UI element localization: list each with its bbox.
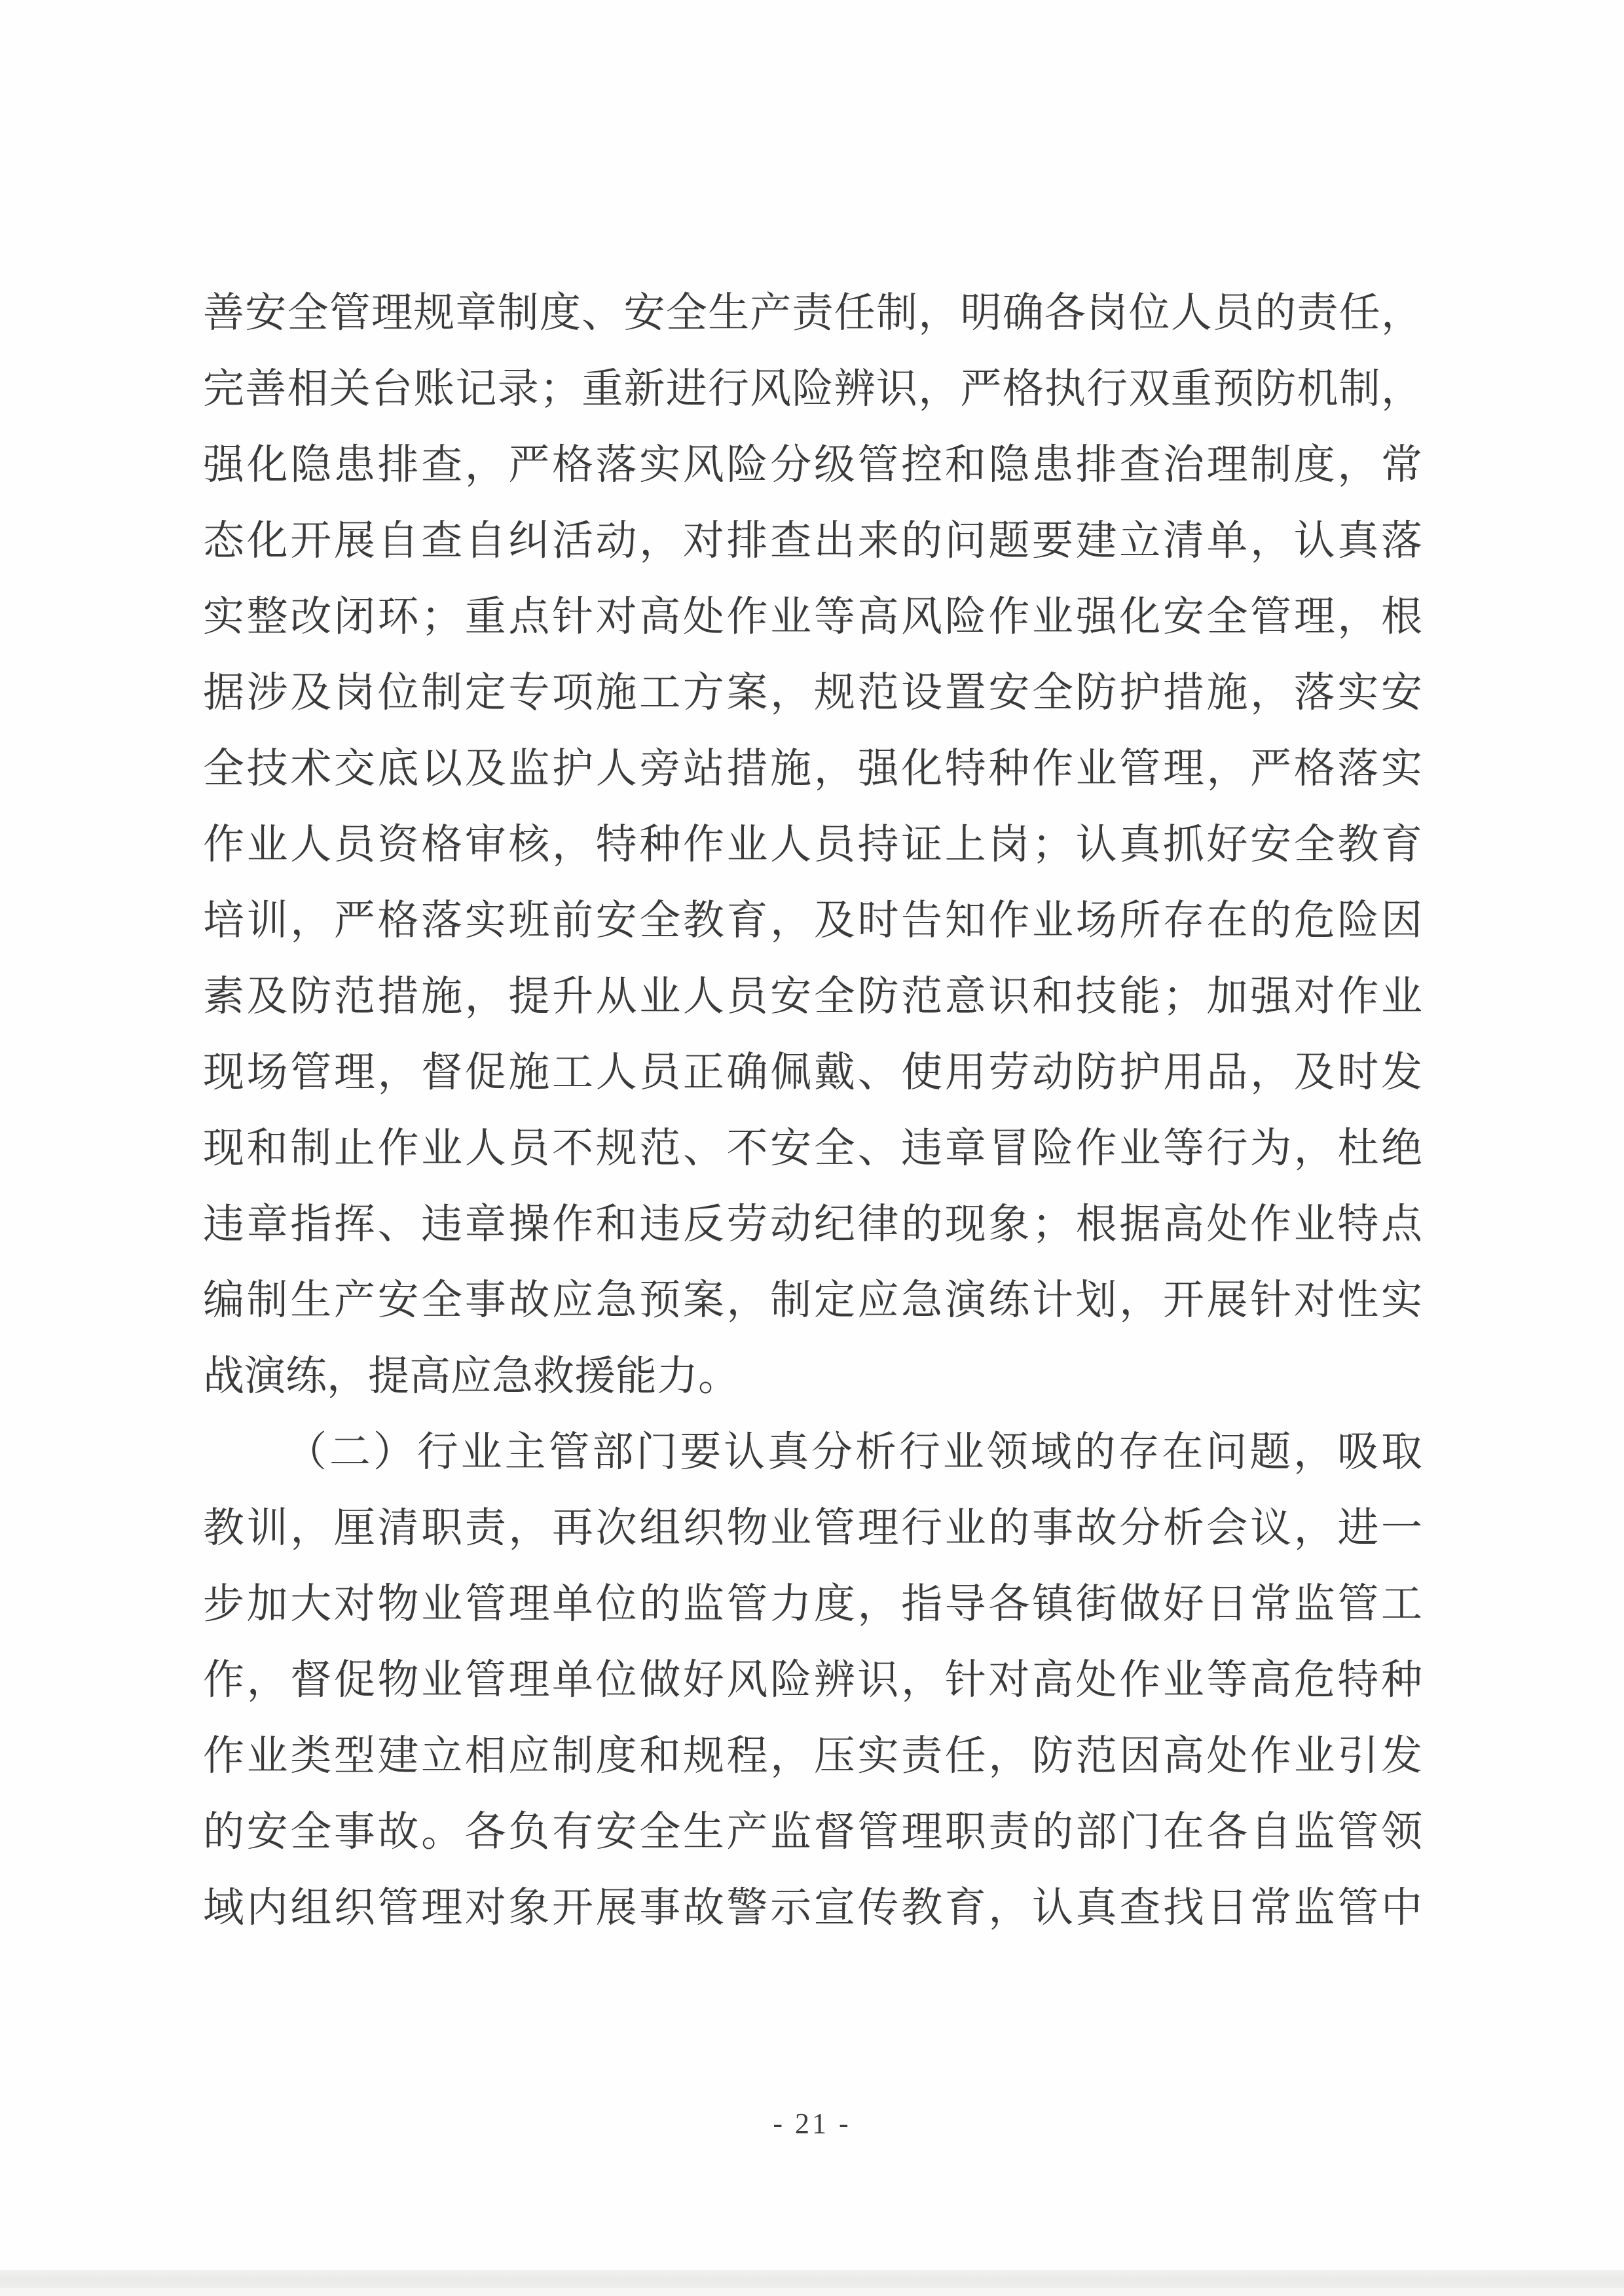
text-line: 实整改闭环；重点针对高处作业等高风险作业强化安全管理，根 [203, 579, 1422, 655]
text-line: 步加大对物业管理单位的监管力度，指导各镇街做好日常监管工 [203, 1566, 1422, 1642]
text-line: 战演练，提高应急救援能力。 [203, 1338, 1422, 1414]
text-line: 完善相关台账记录；重新进行风险辨识，严格执行双重预防机制， [203, 351, 1422, 427]
text-line: 编制生产安全事故应急预案，制定应急演练计划，开展针对性实 [203, 1262, 1422, 1338]
text-line: 违章指挥、违章操作和违反劳动纪律的现象；根据高处作业特点 [203, 1186, 1422, 1262]
text-line: 全技术交底以及监护人旁站措施，强化特种作业管理，严格落实 [203, 731, 1422, 807]
scan-artifact-band-foot [0, 2288, 1624, 2296]
document-page: 善安全管理规章制度、安全生产责任制，明确各岗位人员的责任，完善相关台账记录；重新… [0, 0, 1624, 2296]
text-line: 据涉及岗位制定专项施工方案，规范设置安全防护措施，落实安 [203, 655, 1422, 731]
page-number: - 21 - [0, 2103, 1624, 2145]
text-line: 作，督促物业管理单位做好风险辨识，针对高处作业等高危特种 [203, 1642, 1422, 1718]
text-line: 素及防范措施，提升从业人员安全防范意识和技能；加强对作业 [203, 958, 1422, 1034]
text-line: 的安全事故。各负有安全生产监督管理职责的部门在各自监管领 [203, 1794, 1422, 1870]
text-line: 现和制止作业人员不规范、不安全、违章冒险作业等行为，杜绝 [203, 1110, 1422, 1186]
text-line: 教训，厘清职责，再次组织物业管理行业的事故分析会议，进一 [203, 1490, 1422, 1566]
text-line: 善安全管理规章制度、安全生产责任制，明确各岗位人员的责任， [203, 275, 1422, 351]
scan-artifact-band [0, 2270, 1624, 2288]
text-line: 态化开展自查自纠活动，对排查出来的问题要建立清单，认真落 [203, 503, 1422, 579]
text-line: 作业人员资格审核，特种作业人员持证上岗；认真抓好安全教育 [203, 807, 1422, 883]
text-line: 培训，严格落实班前安全教育，及时告知作业场所存在的危险因 [203, 883, 1422, 958]
text-line: （二）行业主管部门要认真分析行业领域的存在问题，吸取 [203, 1414, 1422, 1490]
text-line: 现场管理，督促施工人员正确佩戴、使用劳动防护用品，及时发 [203, 1034, 1422, 1110]
text-line: 作业类型建立相应制度和规程，压实责任，防范因高处作业引发 [203, 1718, 1422, 1794]
text-line: 强化隐患排查，严格落实风险分级管控和隐患排查治理制度，常 [203, 427, 1422, 503]
body-text: 善安全管理规章制度、安全生产责任制，明确各岗位人员的责任，完善相关台账记录；重新… [203, 275, 1422, 1946]
text-line: 域内组织管理对象开展事故警示宣传教育，认真查找日常监管中 [203, 1870, 1422, 1946]
